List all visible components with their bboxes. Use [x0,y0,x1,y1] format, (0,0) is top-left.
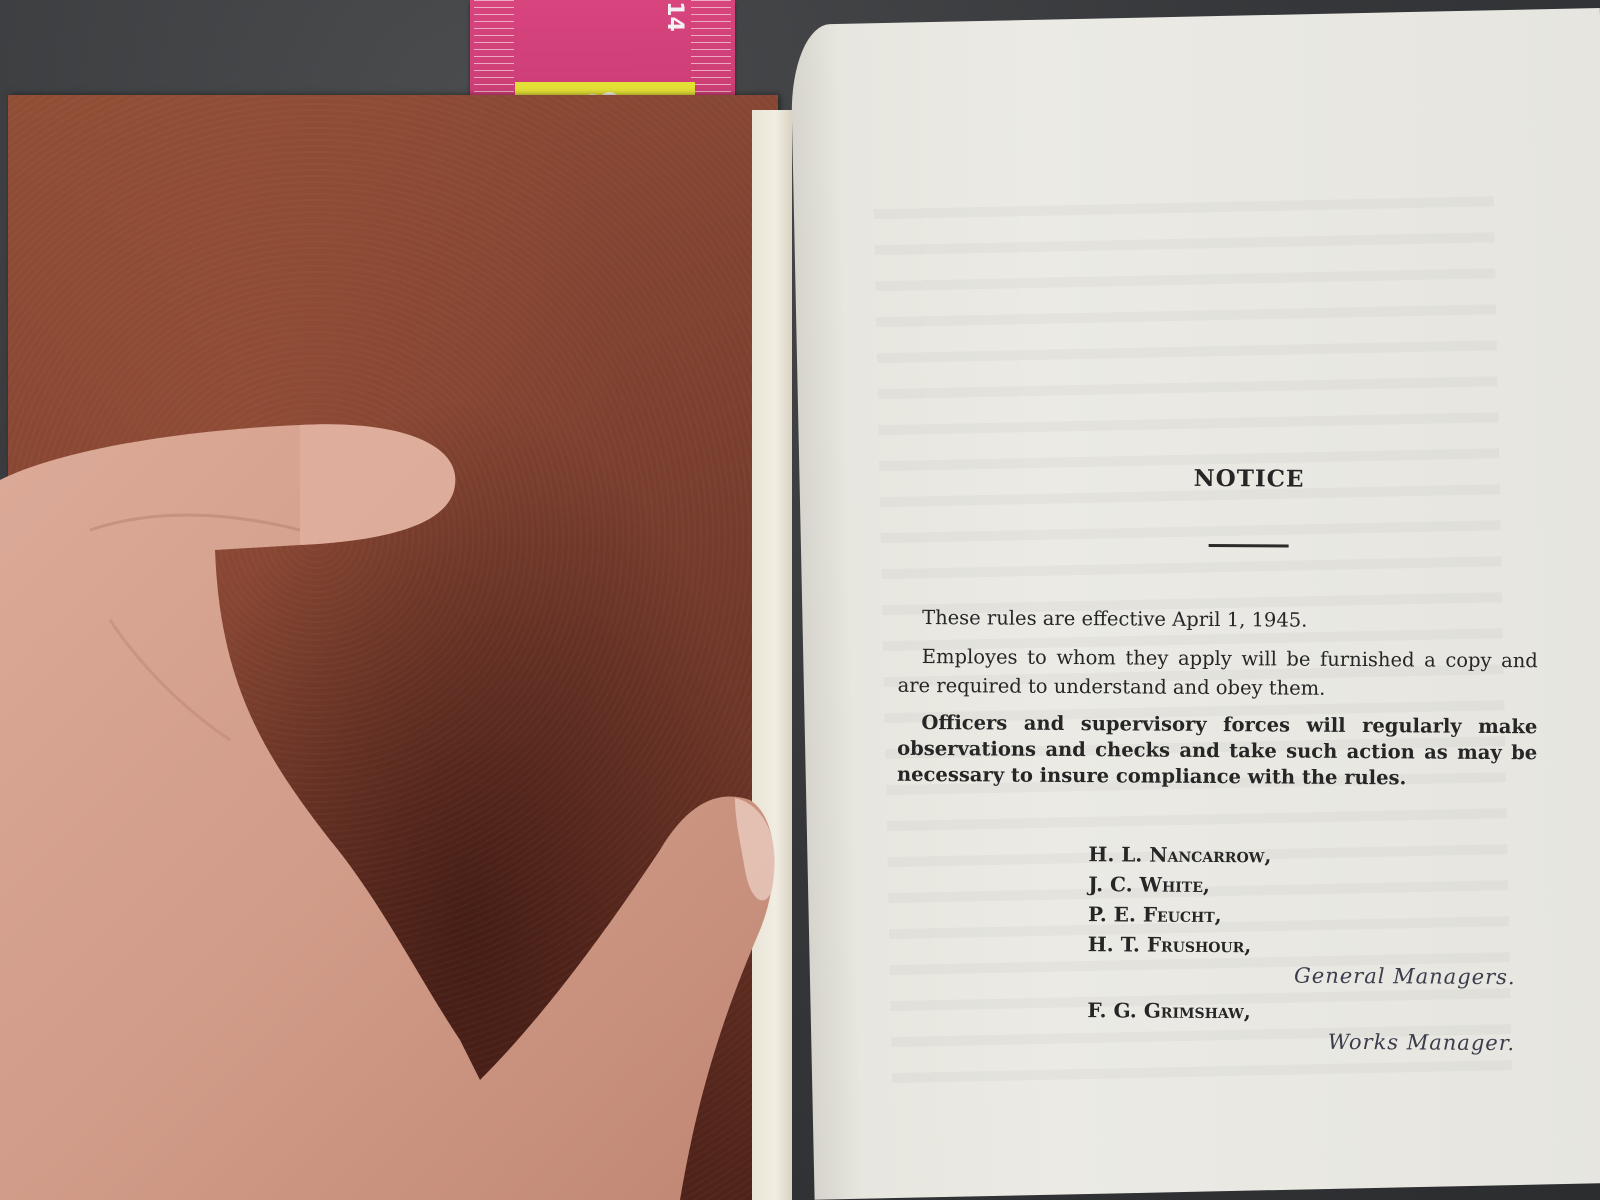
notice-block: NOTICE These rules are effective April 1… [895,463,1539,1058]
works-manager-name: F. G. Grimshaw, [1087,995,1535,1028]
notice-divider [1209,544,1289,548]
signatures: H. L. Nancarrow, J. C. White, P. E. Feuc… [1087,839,1536,1058]
booklet-page: NOTICE These rules are effective April 1… [790,8,1600,1200]
works-manager-title: Works Manager. [1087,1025,1535,1058]
notice-paragraph: Officers and supervisory forces will reg… [897,710,1538,792]
signatories-title: General Managers. [1088,959,1536,992]
notice-title: NOTICE [899,463,1539,494]
notice-body: These rules are effective April 1, 1945.… [897,603,1538,792]
hand-holding-booklet [0,420,790,1200]
signatory: P. E. Feucht, [1088,899,1536,932]
photo-scene: 14 6 NOTICE These rules are effective Ap… [0,0,1600,1200]
signatory: H. T. Frushour, [1088,929,1536,962]
tape-number: 14 [662,1,687,32]
notice-paragraph: These rules are effective April 1, 1945. [898,603,1538,636]
notice-paragraph: Employes to whom they apply will be furn… [898,642,1538,704]
signatory: H. L. Nancarrow, [1088,839,1536,872]
signatory: J. C. White, [1088,869,1536,902]
